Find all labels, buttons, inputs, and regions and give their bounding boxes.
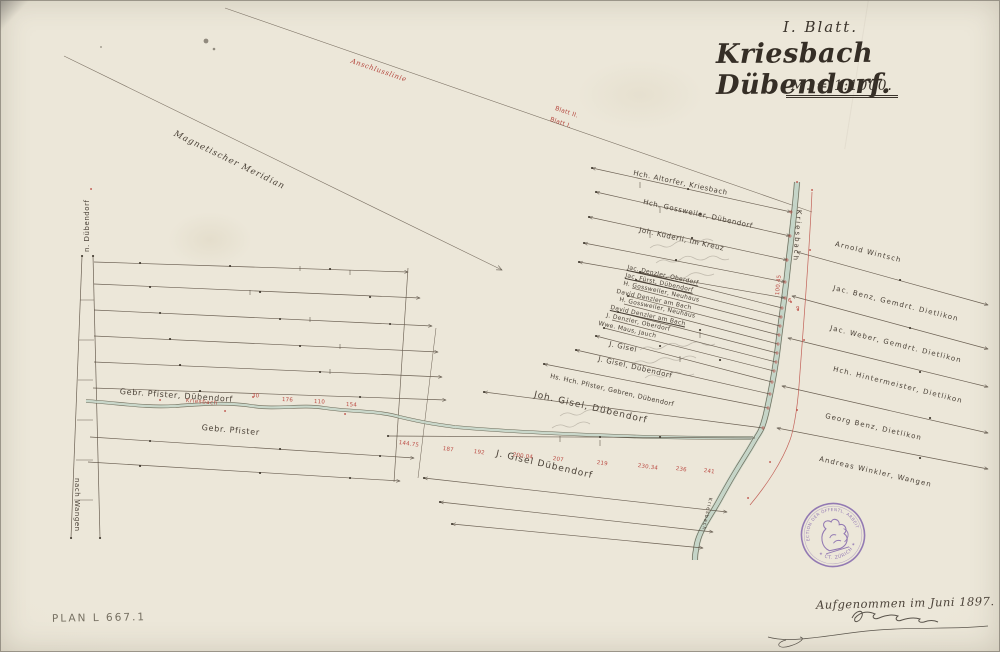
measurement-value: 30 (252, 394, 260, 400)
sheet-number: I. Blatt. (783, 18, 858, 36)
official-stamp: DIRECTION DER ÖFFENTL. ARBEITEN ✶ CT. ZÜ… (794, 496, 873, 575)
measurement-value: 176 (282, 398, 293, 404)
map-scale: M. = 1:1000. (786, 78, 898, 98)
measurement-value: 9 (796, 307, 800, 313)
surveyor-signature (768, 611, 988, 647)
map-sheet: DIRECTION DER ÖFFENTL. ARBEITEN ✶ CT. ZÜ… (0, 0, 1000, 652)
left-stream (86, 400, 753, 440)
road-label-north: n. Dübendorf (84, 199, 91, 252)
road-label-south: nach Wangen (73, 478, 80, 532)
meridian-line (64, 56, 502, 270)
stamp-lion-emblem (817, 516, 852, 554)
plan-number: PLAN L 667.1 (52, 611, 146, 625)
paper-specks (100, 39, 215, 51)
measurement-value: 154 (346, 403, 357, 409)
measurement-value: 6 (788, 299, 792, 305)
measurement-value: 110 (314, 400, 325, 406)
west-parcel-lines (88, 262, 446, 482)
